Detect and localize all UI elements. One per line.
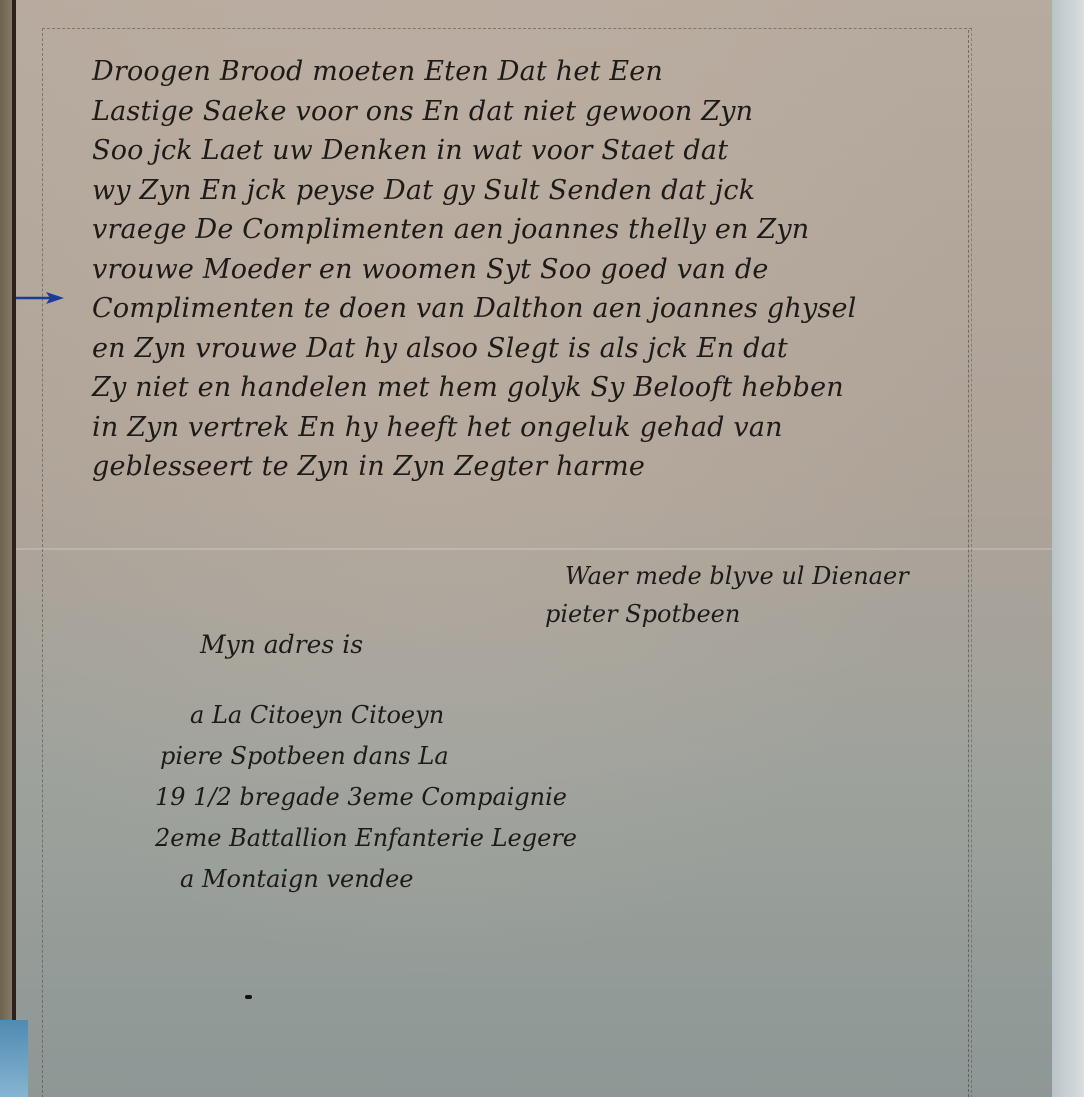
letter-line: Droogen Brood moeten Eten Dat het Een <box>92 52 972 92</box>
arrow-marker-icon <box>16 290 66 306</box>
letter-line: Soo jck Laet uw Denken in wat voor Staet… <box>92 131 972 171</box>
address-label: Myn adres is <box>200 630 363 659</box>
address-line: a La Citoeyn Citoeyn <box>150 695 577 736</box>
letter-closing: Waer mede blyve ul Dienaer pieter Spotbe… <box>565 557 909 633</box>
letter-body: Droogen Brood moeten Eten Dat het Een La… <box>92 52 972 487</box>
ink-spot <box>245 995 252 999</box>
address-line: 19 1/2 bregade 3eme Compaignie <box>150 777 577 818</box>
address-line: 2eme Battallion Enfanterie Legere <box>150 818 577 859</box>
letter-line: Complimenten te doen van Dalthon aen joa… <box>92 289 972 329</box>
letter-line: geblesseert te Zyn in Zyn Zegter harme <box>92 447 972 487</box>
signature: pieter Spotbeen <box>545 595 909 633</box>
letter-line: wy Zyn En jck peyse Dat gy Sult Senden d… <box>92 171 972 211</box>
closing-line: Waer mede blyve ul Dienaer <box>565 557 909 595</box>
background-corner <box>0 1020 28 1097</box>
letter-line: Zy niet en handelen met hem golyk Sy Bel… <box>92 368 972 408</box>
letter-line: vraege De Complimenten aen joannes thell… <box>92 210 972 250</box>
letter-line: Lastige Saeke voor ons En dat niet gewoo… <box>92 92 972 132</box>
letter-line: vrouwe Moeder en woomen Syt Soo goed van… <box>92 250 972 290</box>
background-surface <box>1050 0 1084 1097</box>
letter-line: en Zyn vrouwe Dat hy alsoo Slegt is als … <box>92 329 972 369</box>
letter-line: in Zyn vertrek En hy heeft het ongeluk g… <box>92 408 972 448</box>
address-block: a La Citoeyn Citoeyn piere Spotbeen dans… <box>150 695 577 900</box>
address-line: piere Spotbeen dans La <box>150 736 577 777</box>
address-line: a Montaign vendee <box>150 859 577 900</box>
